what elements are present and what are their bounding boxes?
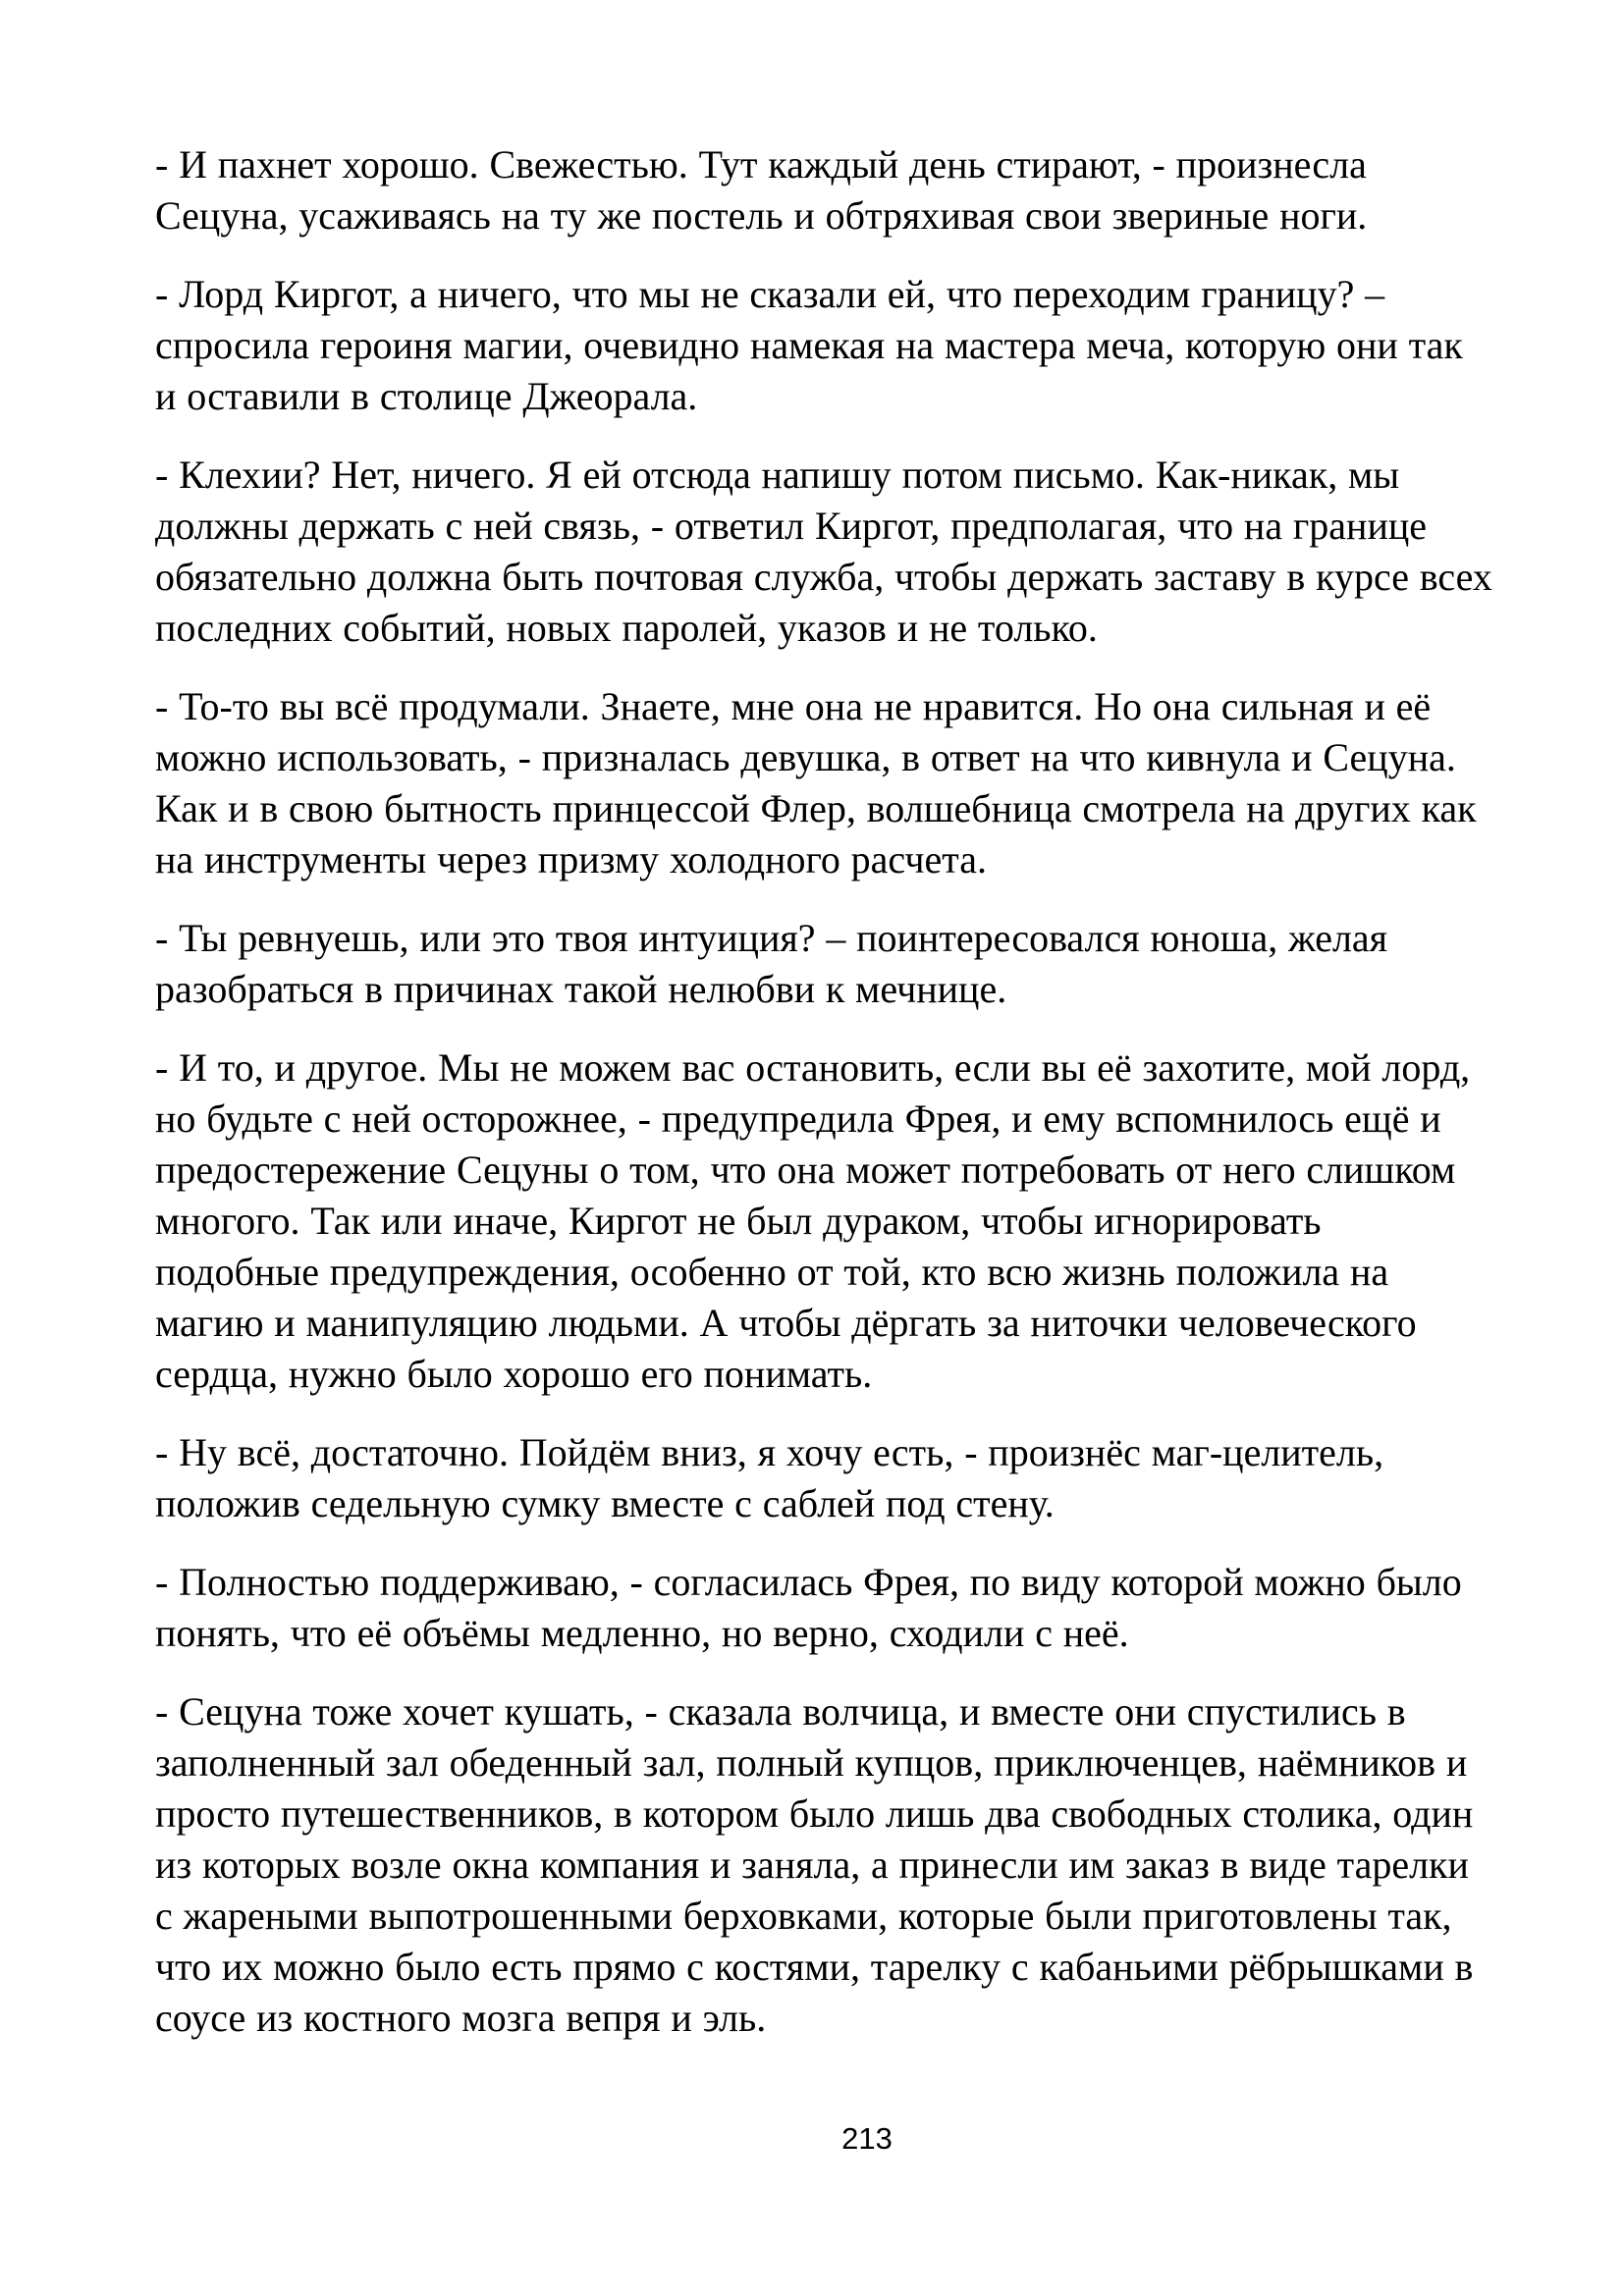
- paragraph-dialogue-1: - И пахнет хорошо. Свежестью. Тут каждый…: [155, 139, 1492, 241]
- page-number: 213: [0, 2120, 1624, 2158]
- paragraph-dialogue-7: - Ну всё, достаточно. Пойдём вниз, я хоч…: [155, 1427, 1492, 1529]
- paragraph-dialogue-6: - И то, и другое. Мы не можем вас остано…: [155, 1042, 1492, 1400]
- paragraph-dialogue-8: - Полностью поддерживаю, - согласилась Ф…: [155, 1557, 1492, 1659]
- paragraph-dialogue-4: - То-то вы всё продумали. Знаете, мне он…: [155, 681, 1492, 885]
- paragraph-dialogue-3: - Клехии? Нет, ничего. Я ей отсюда напиш…: [155, 450, 1492, 654]
- document-page: - И пахнет хорошо. Свежестью. Тут каждый…: [0, 0, 1624, 2296]
- text-body: - И пахнет хорошо. Свежестью. Тут каждый…: [155, 139, 1492, 2071]
- paragraph-dialogue-2: - Лорд Киргот, а ничего, что мы не сказа…: [155, 269, 1492, 422]
- paragraph-dialogue-5: - Ты ревнуешь, или это твоя интуиция? – …: [155, 913, 1492, 1015]
- paragraph-dialogue-9: - Сецуна тоже хочет кушать, - сказала во…: [155, 1686, 1492, 2044]
